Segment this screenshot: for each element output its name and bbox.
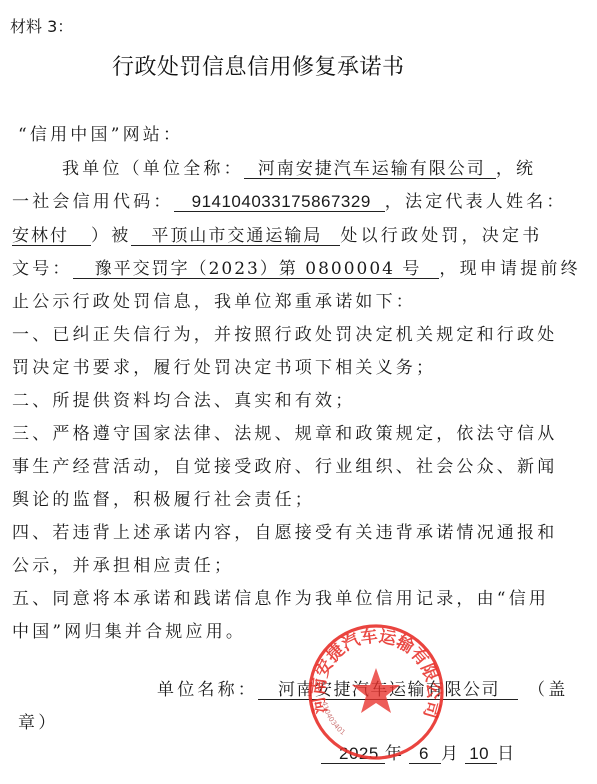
intro-line-1: 我单位（单位全称：河南安捷汽车运输有限公司，统 bbox=[62, 159, 536, 179]
seal-code: 410403401 bbox=[320, 701, 347, 737]
svg-text:河南安捷汽车运输有限公司: 河南安捷汽车运输有限公司 bbox=[307, 625, 443, 720]
commitment-5-line-2: 中国”网归集并合规应用。 bbox=[12, 622, 246, 642]
material-label: 材料 3： bbox=[10, 14, 73, 37]
text: ）被 bbox=[91, 226, 131, 246]
date-year: 2025 bbox=[321, 745, 385, 764]
signature-unit-line: 单位名称：河南安捷汽车运输有限公司（盖 bbox=[157, 680, 568, 700]
document-title: 行政处罚信息信用修复承诺书 bbox=[112, 50, 405, 81]
commitment-2: 二、所提供资料均合法、真实和有效； bbox=[12, 391, 355, 411]
svg-text:410403401: 410403401 bbox=[320, 701, 347, 737]
seal-note: （盖 bbox=[528, 680, 568, 700]
commitment-3-line-1: 三、严格遵守国家法律、法规、规章和政策规定，依法守信从 bbox=[12, 424, 557, 444]
commitment-3-line-2: 事生产经营活动，自觉接受政府、行业组织、社会公众、新闻 bbox=[12, 457, 557, 477]
decision-no-label: 文号： bbox=[12, 259, 73, 279]
salutation: “信用中国”网站： bbox=[18, 125, 183, 145]
decision-no-field: 豫平交罚字（2023）第 0800004 号 bbox=[73, 260, 440, 279]
legal-rep-label: ，法定代表人姓名： bbox=[385, 192, 567, 212]
text: 年 bbox=[385, 744, 405, 764]
text: 日 bbox=[497, 744, 517, 764]
commitment-4-line-1: 四、若违背上述承诺内容，自愿接受有关违背承诺情况通报和 bbox=[12, 523, 557, 543]
seal-note-close: 章） bbox=[18, 713, 58, 733]
authority-field: 平顶山市交通运输局 bbox=[131, 227, 340, 246]
text: ，统 bbox=[496, 159, 536, 179]
commitment-1-line-1: 一、已纠正失信行为，并按照行政处罚决定机关规定和行政处 bbox=[12, 325, 557, 345]
text: 处以行政处罚，决定书 bbox=[340, 226, 542, 246]
text: 月 bbox=[441, 744, 461, 764]
signature-unit-field: 河南安捷汽车运输有限公司 bbox=[258, 681, 518, 700]
credit-code-field: 914104033175867329 bbox=[174, 193, 385, 212]
text: ，现申请提前终 bbox=[439, 259, 580, 279]
commitment-5-line-1: 五、同意将本承诺和践诺信息作为我单位信用记录，由“信用 bbox=[12, 589, 549, 609]
commitment-4-line-2: 公示，并承担相应责任； bbox=[12, 556, 234, 576]
seal-text: 河南安捷汽车运输有限公司 bbox=[307, 625, 443, 720]
unit-name-field: 河南安捷汽车运输有限公司 bbox=[244, 160, 496, 179]
commitment-1-line-2: 罚决定书要求，履行处罚决定书项下相关义务； bbox=[12, 358, 436, 378]
intro-line-4: 文号：豫平交罚字（2023）第 0800004 号，现申请提前终 bbox=[12, 259, 581, 279]
legal-rep-field: 安林付 bbox=[12, 227, 91, 246]
signature-unit-label: 单位名称： bbox=[157, 680, 258, 700]
date-month: 6 bbox=[409, 745, 441, 764]
credit-code-label: 一社会信用代码： bbox=[12, 192, 174, 212]
unit-name-label: 我单位（单位全称： bbox=[62, 159, 244, 179]
date-day: 10 bbox=[465, 745, 497, 764]
intro-line-3: 安林付）被平顶山市交通运输局处以行政处罚，决定书 bbox=[12, 226, 542, 246]
signature-date: 2025年6月10日 bbox=[321, 744, 517, 764]
intro-line-2: 一社会信用代码：914104033175867329，法定代表人姓名： bbox=[12, 192, 567, 212]
commitment-3-line-3: 舆论的监督，积极履行社会责任； bbox=[12, 490, 315, 510]
intro-line-5: 止公示行政处罚信息，我单位郑重承诺如下： bbox=[12, 292, 416, 312]
